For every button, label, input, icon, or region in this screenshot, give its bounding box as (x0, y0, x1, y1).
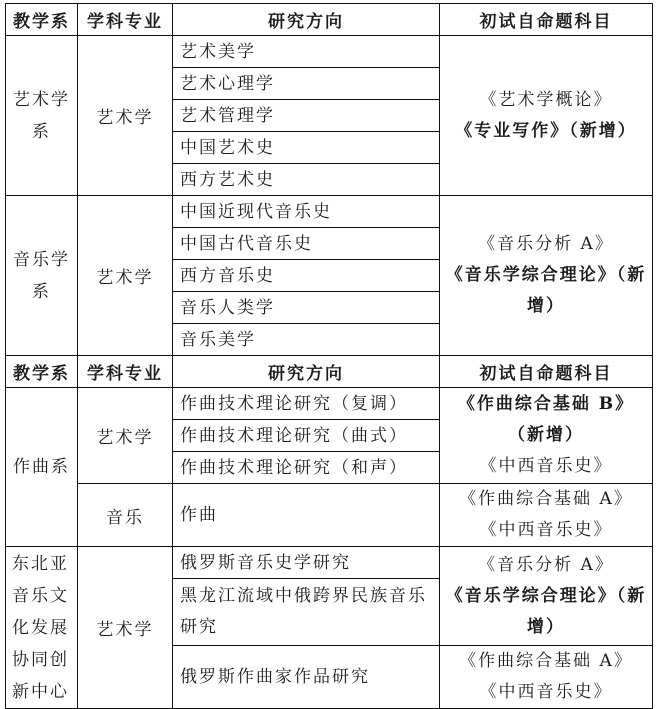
exam-subject-new: 《作曲综合基础 B》（新增） (444, 389, 648, 451)
header-exam: 初试自命题科目 (440, 356, 653, 388)
exam-subject: 《作曲综合基础 A》 (444, 484, 648, 515)
exam-subject: 《中西音乐史》 (444, 515, 648, 546)
header-department: 教学系 (6, 4, 78, 36)
direction-cell: 艺术心理学 (173, 68, 440, 100)
table-row: 艺术学系 艺术学 艺术美学 《艺术学概论》 《专业写作》（新增） (6, 36, 653, 68)
direction-cell: 中国艺术史 (173, 132, 440, 164)
major-cell: 音乐 (78, 484, 173, 547)
direction-cell: 艺术管理学 (173, 100, 440, 132)
header-exam: 初试自命题科目 (440, 4, 653, 36)
direction-cell: 黑龙江流域中俄跨界民族音乐研究 (173, 579, 440, 646)
direction-cell: 作曲技术理论研究（复调） (173, 388, 440, 420)
exam-subject: 《音乐分析 A》 (444, 550, 648, 581)
major-cell: 艺术学 (78, 36, 173, 196)
direction-cell: 作曲 (173, 484, 440, 547)
table-row: 音乐 作曲 《作曲综合基础 A》 《中西音乐史》 (6, 484, 653, 547)
exam-cell: 《音乐分析 A》 《音乐学综合理论》（新增） (440, 196, 653, 356)
direction-cell: 俄罗斯作曲家作品研究 (173, 646, 440, 709)
direction-cell: 音乐美学 (173, 324, 440, 356)
table-row: 东北亚音乐文化发展协同创新中心 艺术学 俄罗斯音乐史学研究 《音乐分析 A》 《… (6, 547, 653, 579)
direction-cell: 中国古代音乐史 (173, 228, 440, 260)
department-cell: 作曲系 (6, 388, 78, 547)
table-header-row: 教学系 学科专业 研究方向 初试自命题科目 (6, 4, 653, 36)
direction-cell: 作曲技术理论研究（和声） (173, 452, 440, 484)
exam-subject-new: 《音乐学综合理论》（新增） (444, 581, 648, 643)
exam-subject-new: 《专业写作》（新增） (444, 116, 648, 147)
header-major: 学科专业 (78, 356, 173, 388)
department-cell: 音乐学系 (6, 196, 78, 356)
exam-subject: 《中西音乐史》 (444, 451, 648, 482)
direction-cell: 西方音乐史 (173, 260, 440, 292)
direction-cell: 作曲技术理论研究（曲式） (173, 420, 440, 452)
exam-subject: 《音乐分析 A》 (444, 229, 648, 260)
major-cell: 艺术学 (78, 196, 173, 356)
table-header-row: 教学系 学科专业 研究方向 初试自命题科目 (6, 356, 653, 388)
exam-subject: 《中西音乐史》 (444, 677, 648, 708)
direction-cell: 音乐人类学 (173, 292, 440, 324)
department-cell: 东北亚音乐文化发展协同创新中心 (6, 547, 78, 709)
table-row: 音乐学系 艺术学 中国近现代音乐史 《音乐分析 A》 《音乐学综合理论》（新增） (6, 196, 653, 228)
exam-subjects-table: 教学系 学科专业 研究方向 初试自命题科目 艺术学系 艺术学 艺术美学 《艺术学… (5, 3, 653, 709)
header-major: 学科专业 (78, 4, 173, 36)
table-row: 作曲系 艺术学 作曲技术理论研究（复调） 《作曲综合基础 B》（新增） 《中西音… (6, 388, 653, 420)
exam-cell: 《艺术学概论》 《专业写作》（新增） (440, 36, 653, 196)
direction-cell: 艺术美学 (173, 36, 440, 68)
direction-cell: 俄罗斯音乐史学研究 (173, 547, 440, 579)
exam-cell: 《音乐分析 A》 《音乐学综合理论》（新增） (440, 547, 653, 646)
exam-subject: 《艺术学概论》 (444, 85, 648, 116)
header-department: 教学系 (6, 356, 78, 388)
direction-cell: 西方艺术史 (173, 164, 440, 196)
header-direction: 研究方向 (173, 356, 440, 388)
major-cell: 艺术学 (78, 388, 173, 484)
exam-subject: 《作曲综合基础 A》 (444, 646, 648, 677)
direction-cell: 中国近现代音乐史 (173, 196, 440, 228)
exam-cell: 《作曲综合基础 A》 《中西音乐史》 (440, 484, 653, 547)
exam-cell: 《作曲综合基础 B》（新增） 《中西音乐史》 (440, 388, 653, 484)
department-cell: 艺术学系 (6, 36, 78, 196)
exam-subject-new: 《音乐学综合理论》（新增） (444, 260, 648, 322)
major-cell: 艺术学 (78, 547, 173, 709)
exam-cell: 《作曲综合基础 A》 《中西音乐史》 (440, 646, 653, 709)
header-direction: 研究方向 (173, 4, 440, 36)
